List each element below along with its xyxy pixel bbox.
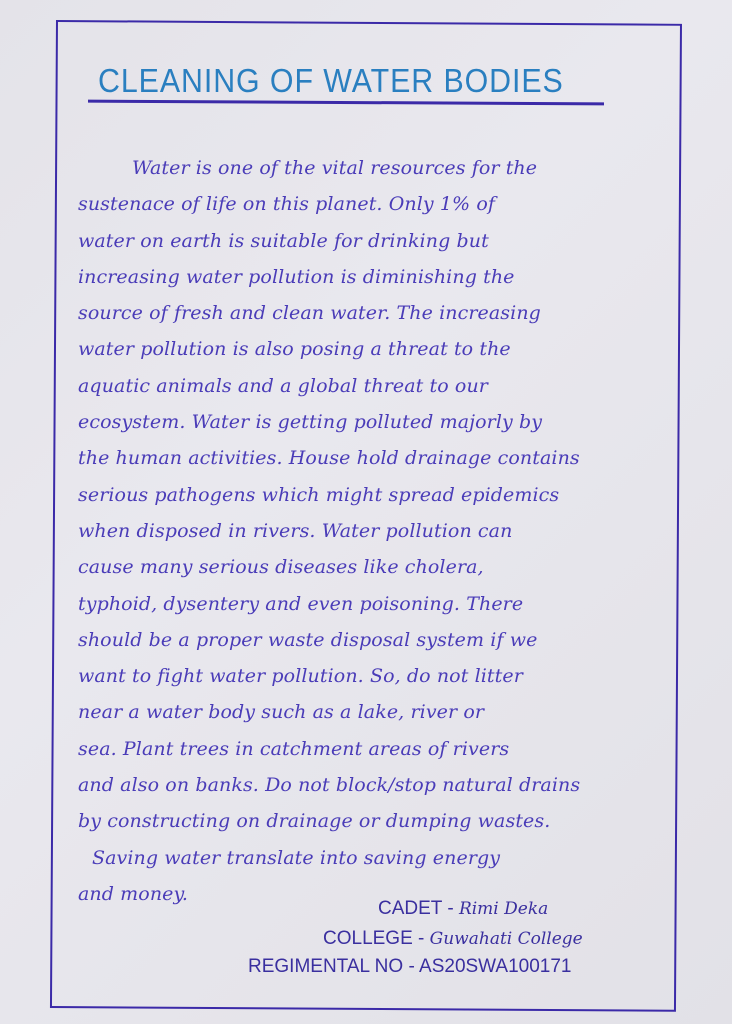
signature-cadet: CADET - Rimi Deka xyxy=(378,898,548,920)
college-label: COLLEGE - xyxy=(323,928,430,949)
college-name: Guwahati College xyxy=(430,929,583,949)
essay-line: and also on banks. Do not block/stop nat… xyxy=(78,767,678,803)
essay-line: by constructing on drainage or dumping w… xyxy=(78,803,678,839)
signature-college: COLLEGE - Guwahati College xyxy=(323,928,583,950)
essay-body: Water is one of the vital resources for … xyxy=(78,150,678,912)
essay-line: Water is one of the vital resources for … xyxy=(78,150,678,186)
essay-line: water on earth is suitable for drinking … xyxy=(78,223,678,259)
document-title: CLEANING OF WATER BODIES xyxy=(98,62,564,100)
regimental-label: REGIMENTAL NO - xyxy=(248,956,419,977)
essay-line: serious pathogens which might spread epi… xyxy=(78,477,678,513)
essay-line: water pollution is also posing a threat … xyxy=(78,331,678,367)
essay-line: source of fresh and clean water. The inc… xyxy=(78,295,678,331)
essay-line: want to fight water pollution. So, do no… xyxy=(78,658,678,694)
cadet-label: CADET - xyxy=(378,898,459,919)
cadet-name: Rimi Deka xyxy=(459,899,548,919)
essay-line: the human activities. House hold drainag… xyxy=(78,440,678,476)
essay-line: when disposed in rivers. Water pollution… xyxy=(78,513,678,549)
essay-line: Saving water translate into saving energ… xyxy=(78,840,678,876)
essay-line: cause many serious diseases like cholera… xyxy=(78,549,678,585)
essay-line: sustenace of life on this planet. Only 1… xyxy=(78,186,678,222)
regimental-number: AS20SWA100171 xyxy=(419,956,571,977)
signature-regimental-no: REGIMENTAL NO - AS20SWA100171 xyxy=(248,956,572,978)
essay-line: near a water body such as a lake, river … xyxy=(78,694,678,730)
essay-line: ecosystem. Water is getting polluted maj… xyxy=(78,404,678,440)
essay-line: sea. Plant trees in catchment areas of r… xyxy=(78,731,678,767)
essay-line: increasing water pollution is diminishin… xyxy=(78,259,678,295)
essay-line: typhoid, dysentery and even poisoning. T… xyxy=(78,586,678,622)
essay-line: should be a proper waste disposal system… xyxy=(78,622,678,658)
essay-line: aquatic animals and a global threat to o… xyxy=(78,368,678,404)
